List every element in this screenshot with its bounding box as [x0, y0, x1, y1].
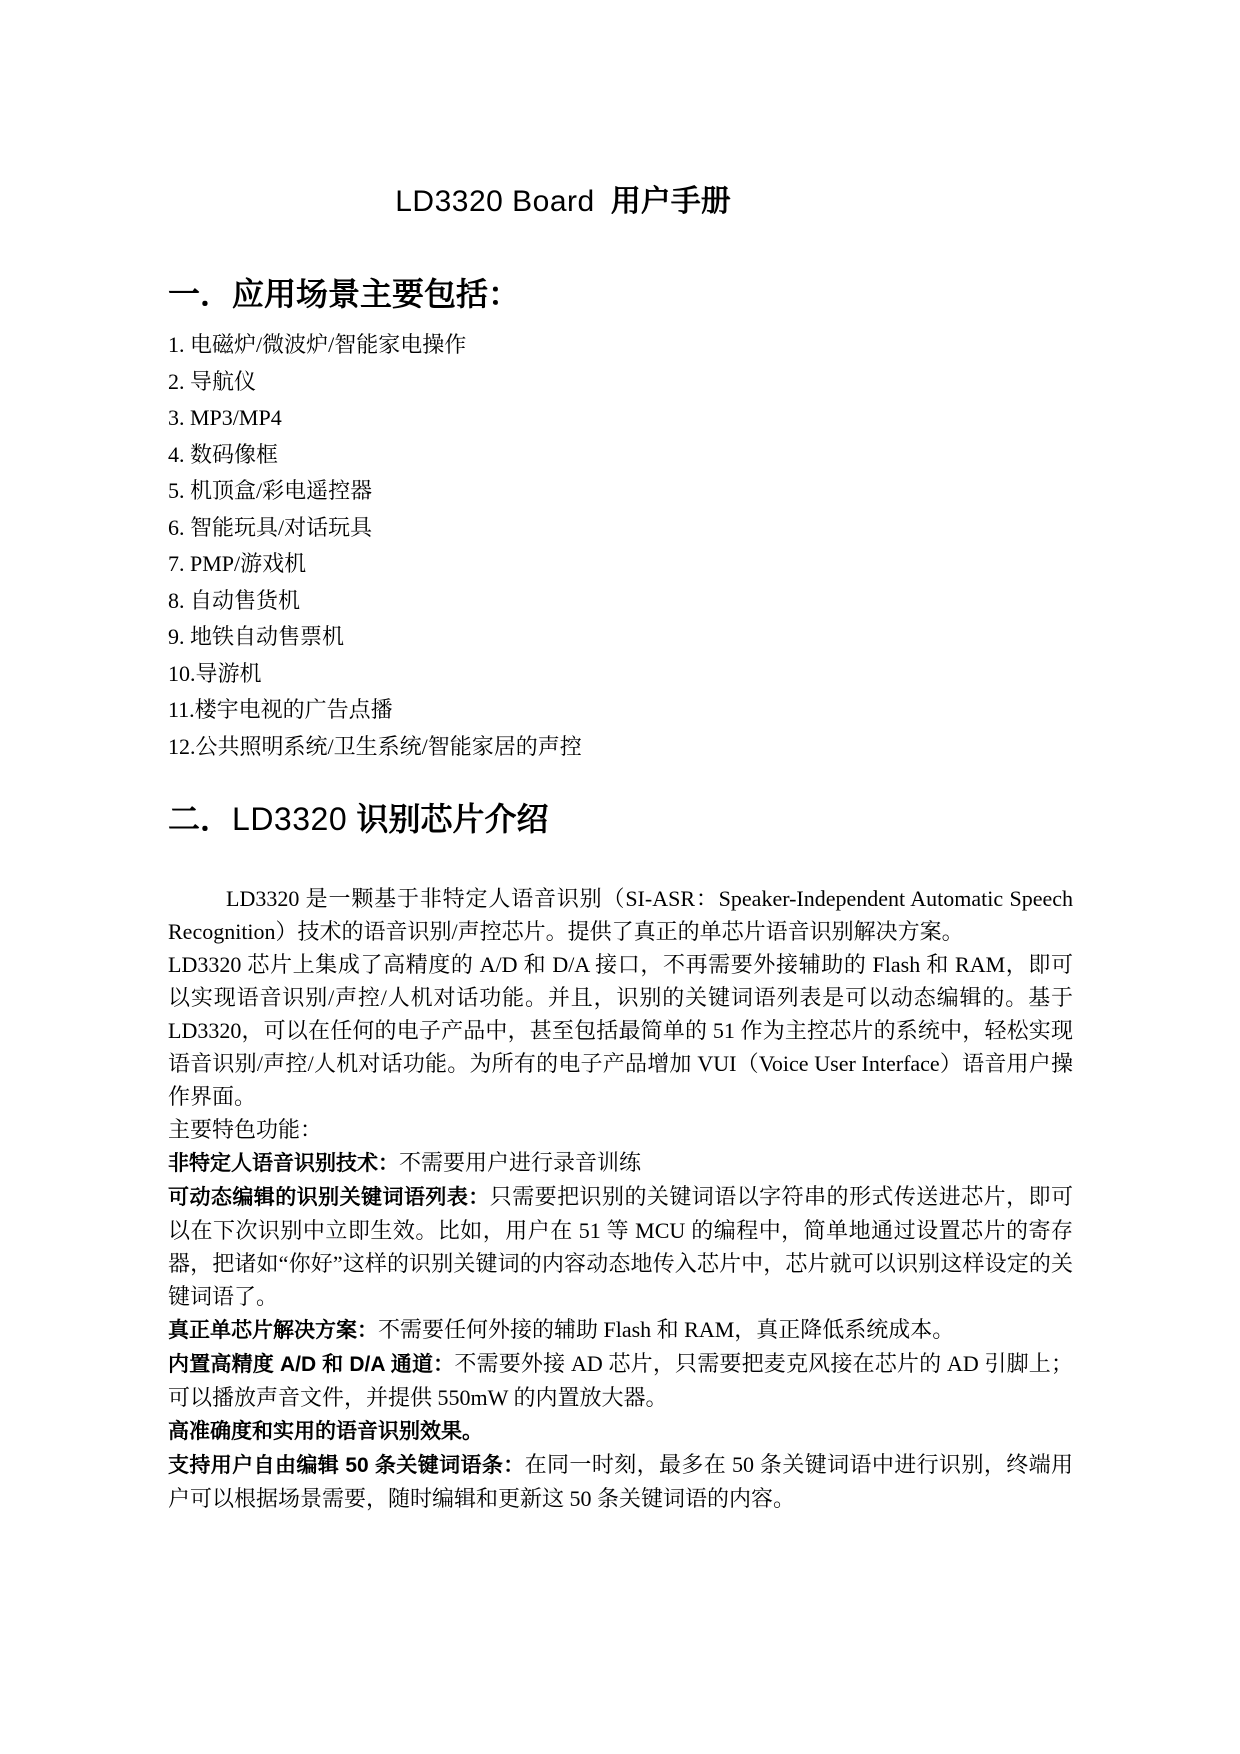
intro-paragraph: 内置高精度 A/D 和 D/A 通道：不需要外接 AD 芯片，只需要把麦克风接在…	[168, 1347, 1073, 1414]
application-list-item: 5. 机顶盒/彩电遥控器	[168, 473, 1073, 510]
application-list-item: 2. 导航仪	[168, 364, 1073, 401]
title-cjk-text: 用户手册	[611, 185, 731, 218]
feature-term-bold: 内置高精度 A/D 和 D/A 通道：	[168, 1353, 454, 1376]
intro-paragraph: 主要特色功能：	[168, 1113, 1073, 1146]
intro-paragraph: 真正单芯片解决方案：不需要任何外接的辅助 Flash 和 RAM，真正降低系统成…	[168, 1313, 1073, 1347]
application-list-item: 7. PMP/游戏机	[168, 546, 1073, 583]
paragraph-text: 主要特色功能：	[168, 1117, 322, 1142]
application-list-item: 11.楼宇电视的广告点播	[168, 692, 1073, 729]
feature-term-bold: 可动态编辑的识别关键词语列表：	[168, 1186, 490, 1209]
applications-heading: 一．应用场景主要包括：	[168, 273, 1073, 315]
intro-paragraph: 高准确度和实用的语音识别效果。	[168, 1414, 1073, 1448]
chip-intro-paragraphs: LD3320 是一颗基于非特定人语音识别（SI-ASR：Speaker-Inde…	[168, 882, 1073, 1515]
paragraph-text: LD3320 芯片上集成了高精度的 A/D 和 D/A 接口，不再需要外接辅助的…	[168, 952, 1073, 1109]
heading-chip-name: LD3320	[232, 801, 356, 837]
application-list-item: 3. MP3/MP4	[168, 400, 1073, 437]
section-applications: 一．应用场景主要包括： 1. 电磁炉/微波炉/智能家电操作2. 导航仪3. MP…	[168, 273, 1073, 765]
intro-paragraph: LD3320 芯片上集成了高精度的 A/D 和 D/A 接口，不再需要外接辅助的…	[168, 948, 1073, 1113]
feature-term-bold: 非特定人语音识别技术：	[168, 1152, 399, 1175]
application-list-item: 4. 数码像框	[168, 437, 1073, 474]
intro-paragraph: 支持用户自由编辑 50 条关键词语条：在同一时刻，最多在 50 条关键词语中进行…	[168, 1448, 1073, 1515]
section-chip-intro: 二．LD3320 识别芯片介绍 LD3320 是一颗基于非特定人语音识别（SI-…	[168, 798, 1073, 1515]
chip-intro-heading: 二．LD3320 识别芯片介绍	[168, 798, 1073, 840]
applications-list: 1. 电磁炉/微波炉/智能家电操作2. 导航仪3. MP3/MP44. 数码像框…	[168, 327, 1073, 765]
paragraph-text: 不需要用户进行录音训练	[399, 1150, 641, 1175]
heading-cjk-text: 识别芯片介绍	[357, 801, 549, 837]
feature-term-bold: 高准确度和实用的语音识别效果。	[168, 1420, 483, 1443]
feature-term-bold: 真正单芯片解决方案：	[168, 1319, 378, 1342]
application-list-item: 9. 地铁自动售票机	[168, 619, 1073, 656]
application-list-item: 10.导游机	[168, 656, 1073, 693]
paragraph-text: LD3320 是一颗基于非特定人语音识别（SI-ASR：Speaker-Inde…	[168, 886, 1073, 944]
application-list-item: 8. 自动售货机	[168, 583, 1073, 620]
intro-paragraph: 可动态编辑的识别关键词语列表：只需要把识别的关键词语以字符串的形式传送进芯片，即…	[168, 1180, 1073, 1313]
feature-term-bold: 支持用户自由编辑 50 条关键词语条：	[168, 1454, 525, 1477]
title-latin-text: LD3320 Board	[395, 185, 594, 218]
intro-paragraph: 非特定人语音识别技术：不需要用户进行录音训练	[168, 1146, 1073, 1180]
intro-paragraph: LD3320 是一颗基于非特定人语音识别（SI-ASR：Speaker-Inde…	[168, 882, 1073, 948]
paragraph-text: 不需要任何外接的辅助 Flash 和 RAM，真正降低系统成本。	[378, 1317, 954, 1342]
application-list-item: 12.公共照明系统/卫生系统/智能家居的声控	[168, 729, 1073, 766]
application-list-item: 6. 智能玩具/对话玩具	[168, 510, 1073, 547]
application-list-item: 1. 电磁炉/微波炉/智能家电操作	[168, 327, 1073, 364]
document-title: LD3320 Board用户手册	[168, 184, 958, 220]
heading-section-number: 二．	[168, 801, 232, 837]
document-page: LD3320 Board用户手册 一．应用场景主要包括： 1. 电磁炉/微波炉/…	[0, 0, 1240, 1754]
